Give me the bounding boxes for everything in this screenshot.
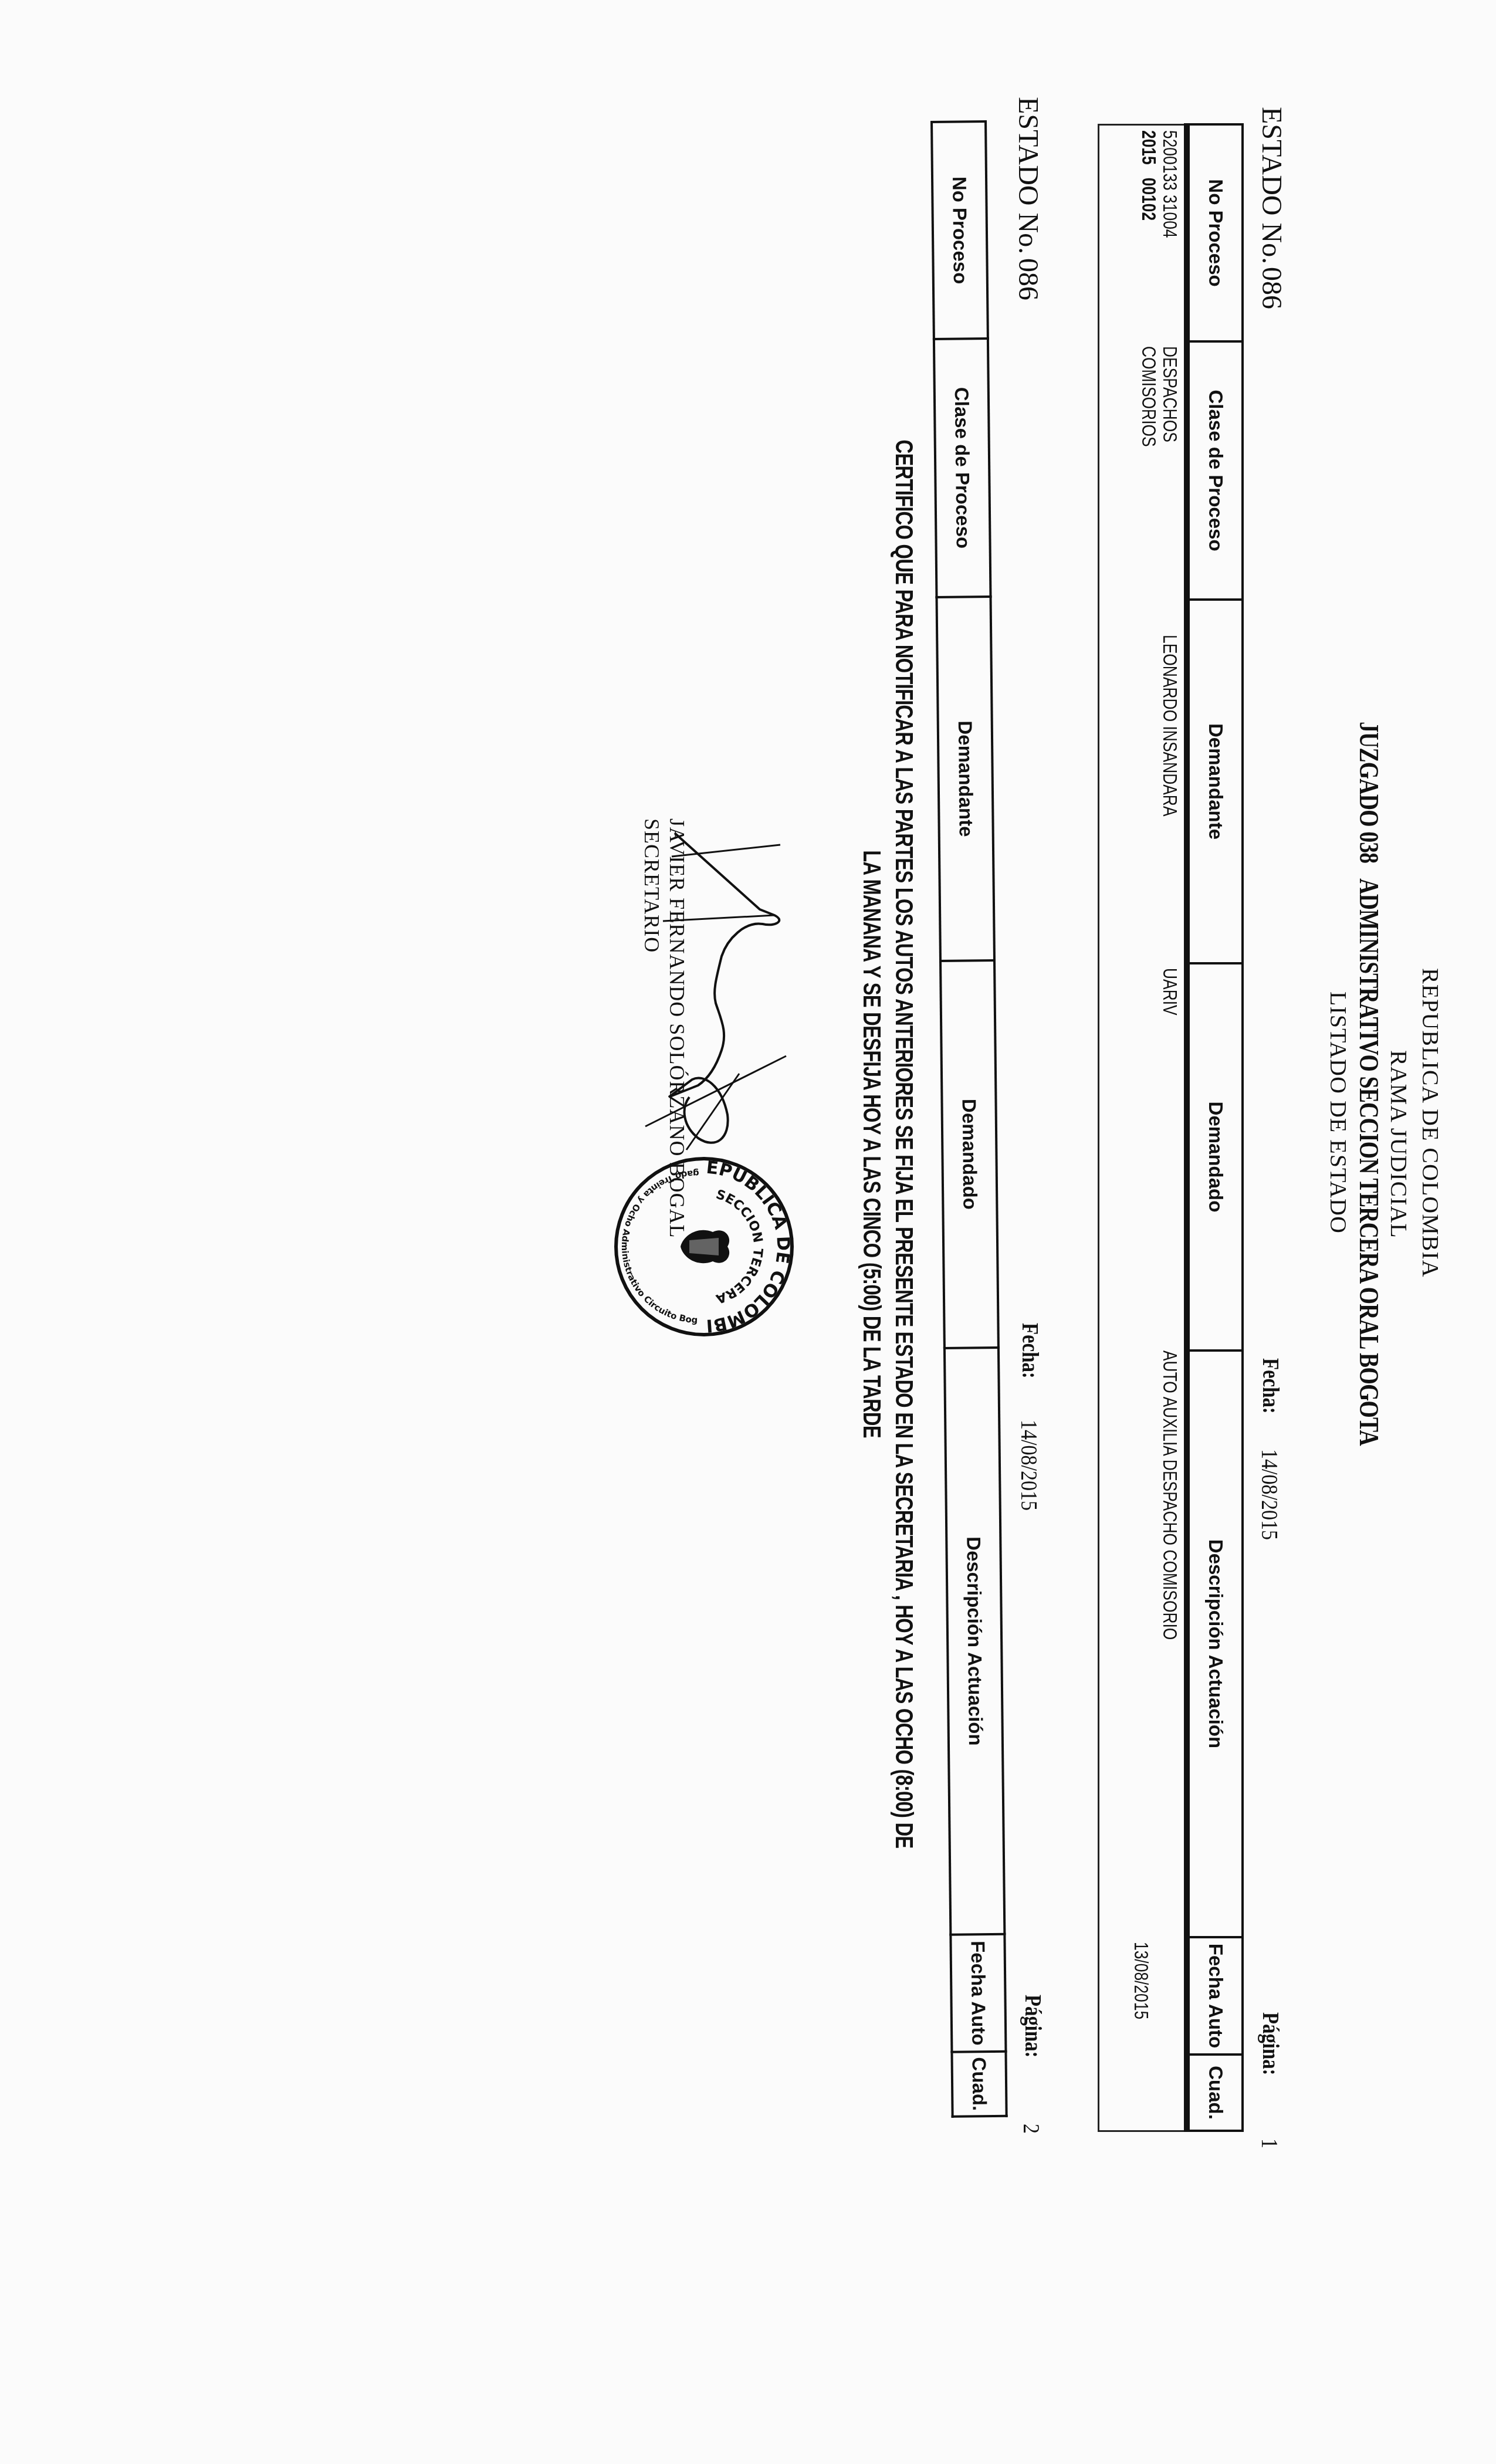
signer-role: SECRETARIO <box>639 818 664 953</box>
col-demandado: Demandado <box>940 960 999 1348</box>
cell-clase-proceso: DESPACHOS COMISORIOS <box>1099 341 1187 600</box>
fecha-value-p2: 14/08/2015 <box>1016 1420 1043 1511</box>
col-clase-proceso: Clase de Proceso <box>1187 341 1243 600</box>
table-header-row: No Proceso Clase de Proceso Demandante D… <box>932 121 1007 2117</box>
court-number: JUZGADO 038 <box>1354 722 1384 863</box>
demandante-value: LEONARDO INSANDARA <box>1159 635 1180 817</box>
pagina-value-p2: 2 <box>1018 2124 1045 2134</box>
no-proceso-line2: 2015 00102 <box>1138 130 1159 221</box>
document-landscape: REPUBLICA DE COLOMBIA RAMA JUDICIAL JUZG… <box>0 0 1496 2464</box>
col-cuad: Cuad. <box>1187 2055 1243 2131</box>
table-row: 5200133 31004 2015 00102 DESPACHOS COMIS… <box>1099 124 1187 2131</box>
header-court: JUZGADO 038 ADMINISTRATIVO SECCION TERCE… <box>1353 722 1385 1446</box>
certification-line2: LA MANANA Y SE DESFIJA HOY A LAS CINCO (… <box>858 389 886 1899</box>
fecha-value-p1: 14/08/2015 <box>1256 1449 1284 1540</box>
demandado-value: UARIV <box>1159 968 1180 1016</box>
cell-demandante: LEONARDO INSANDARA <box>1099 600 1187 963</box>
col-demandado: Demandado <box>1187 963 1243 1351</box>
col-descripcion: Descripción Actuación <box>945 1348 1004 1935</box>
pagina-label-p2: Página: <box>1020 1995 1047 2058</box>
cell-fecha-auto: 13/08/2015 <box>1099 1937 1187 2055</box>
official-stamp-icon: REPUBLICA DE COLOMBIA SECCION TERCERA Ju… <box>607 1150 801 1343</box>
table-header-row: No Proceso Clase de Proceso Demandante D… <box>1187 124 1243 2131</box>
estado-number-p2: 086 <box>1012 258 1044 300</box>
certification-line1: CERTIFICO QUE PARA NOTIFICAR A LAS PARTE… <box>890 389 918 1899</box>
pagina-value-p1: 1 <box>1256 2138 1284 2148</box>
estado-label-p1: ESTADO No. <box>1255 107 1288 264</box>
col-demandante: Demandante <box>1187 600 1243 963</box>
court-name: ADMINISTRATIVO SECCION TERCERA ORAL BOGO… <box>1354 878 1384 1446</box>
clase-line1: DESPACHOS <box>1159 346 1180 442</box>
estado-label-p2: ESTADO No. <box>1012 97 1044 254</box>
col-no-proceso: No Proceso <box>1187 124 1243 341</box>
estado-table-p2: No Proceso Clase de Proceso Demandante D… <box>930 120 1008 2118</box>
descripcion-value: AUTO AUXILIA DESPACHO COMISORIO <box>1159 1351 1180 1640</box>
cell-descripcion: AUTO AUXILIA DESPACHO COMISORIO <box>1099 1351 1187 1937</box>
col-fecha-auto: Fecha Auto <box>1187 1937 1243 2055</box>
scanned-page: REPUBLICA DE COLOMBIA RAMA JUDICIAL JUZG… <box>0 0 1496 2464</box>
fecha-label-p1: Fecha: <box>1257 1358 1285 1414</box>
cell-demandado: UARIV <box>1099 963 1187 1351</box>
col-fecha-auto: Fecha Auto <box>950 1934 1006 2052</box>
fecha-label-p2: Fecha: <box>1017 1323 1044 1379</box>
estado-table-p1: No Proceso Clase de Proceso Demandante D… <box>1098 123 1244 2132</box>
no-proceso-line1: 5200133 31004 <box>1159 130 1180 238</box>
header-listado: LISTADO DE ESTADO <box>1325 991 1352 1234</box>
estado-number-p1: 086 <box>1255 267 1288 309</box>
col-demandante: Demandante <box>937 597 994 961</box>
fecha-auto-value: 13/08/2015 <box>1131 1942 1152 2019</box>
col-descripcion: Descripción Actuación <box>1187 1351 1243 1937</box>
cell-no-proceso: 5200133 31004 2015 00102 <box>1099 124 1187 341</box>
pagina-label-p1: Página: <box>1257 2012 1285 2076</box>
header-republica: REPUBLICA DE COLOMBIA <box>1417 968 1444 1278</box>
cell-cuad <box>1099 2055 1187 2131</box>
col-clase-proceso: Clase de Proceso <box>934 339 991 597</box>
col-cuad: Cuad. <box>952 2052 1006 2117</box>
clase-line2: COMISORIOS <box>1138 346 1159 447</box>
col-no-proceso: No Proceso <box>932 121 988 339</box>
header-rama-judicial: RAMA JUDICIAL <box>1385 1050 1413 1238</box>
